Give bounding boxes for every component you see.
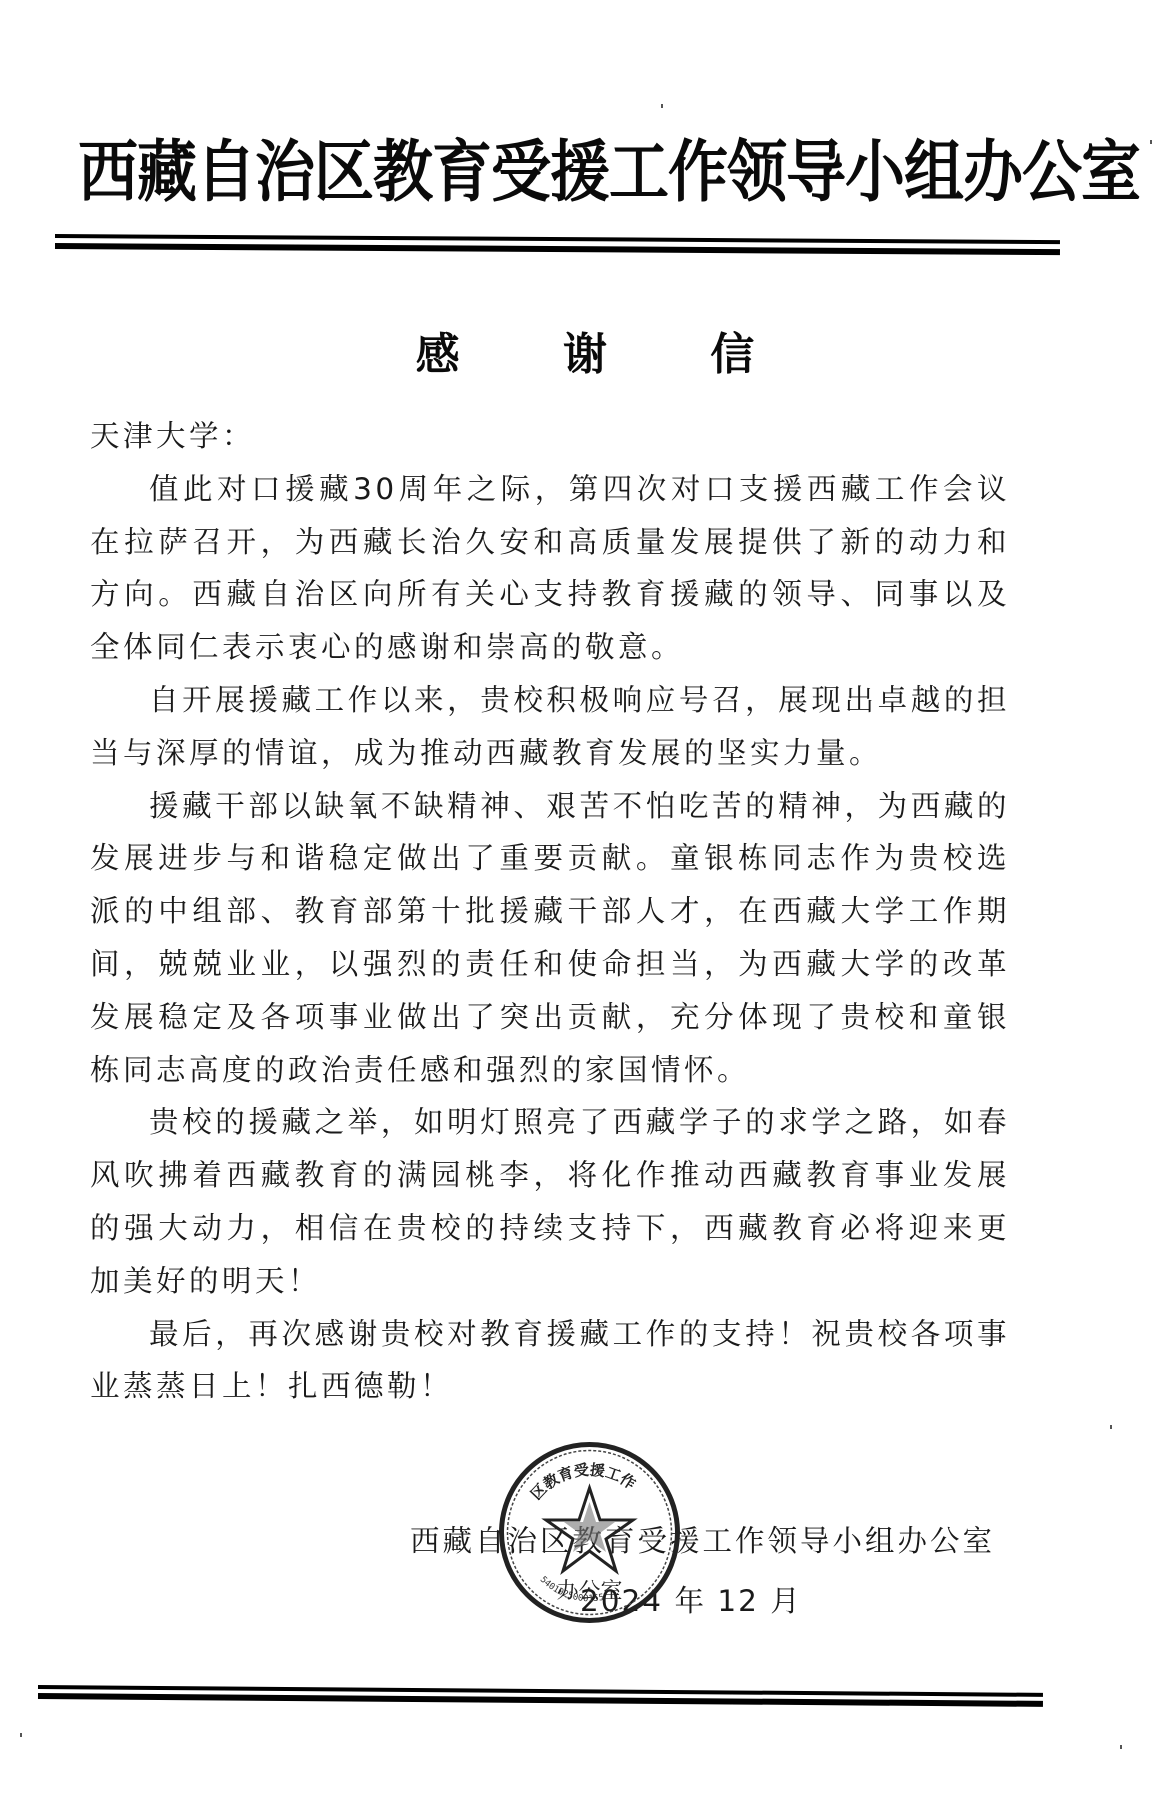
- letter-title: 感 谢 信: [0, 318, 1170, 382]
- seal-ring-text: 区教育受援工作: [527, 1461, 639, 1504]
- letter-body: 天津大学： 值此对口援藏30周年之际，第四次对口支援西藏工作会议在拉萨召开，为西…: [90, 410, 1010, 1413]
- paragraph: 最后，再次感谢贵校对教育援藏工作的支持！祝贵校各项事业蒸蒸日上！扎西德勒！: [90, 1308, 1010, 1414]
- paragraph: 贵校的援藏之举，如明灯照亮了西藏学子的求学之路，如春风吹拂着西藏教育的满园桃李，…: [90, 1096, 1010, 1307]
- paragraph: 值此对口援藏30周年之际，第四次对口支援西藏工作会议在拉萨召开，为西藏长治久安和…: [90, 463, 1010, 674]
- star-icon: [546, 1488, 633, 1571]
- scan-speck: [1150, 140, 1152, 144]
- paragraph: 援藏干部以缺氧不缺精神、艰苦不怕吃苦的精神，为西藏的发展进步与和谐稳定做出了重要…: [90, 780, 1010, 1097]
- scan-speck: [1120, 1745, 1122, 1749]
- header-rule-thin: [55, 243, 1060, 255]
- header-rule-thick: [55, 234, 1060, 244]
- scan-speck: [1110, 1425, 1112, 1429]
- letterhead-title: 西藏自治区教育受援工作领导小组办公室: [78, 128, 1038, 218]
- seal-center-text: 办公室: [556, 1579, 622, 1604]
- salutation: 天津大学：: [90, 410, 1010, 463]
- scan-speck: [661, 104, 663, 108]
- official-seal: 区教育受援工作 5401025000155 办公室: [497, 1440, 682, 1625]
- paragraph: 自开展援藏工作以来，贵校积极响应号召，展现出卓越的担当与深厚的情谊，成为推动西藏…: [90, 674, 1010, 780]
- svg-text:区教育受援工作: 区教育受援工作: [527, 1461, 639, 1504]
- scan-speck: [20, 1733, 22, 1737]
